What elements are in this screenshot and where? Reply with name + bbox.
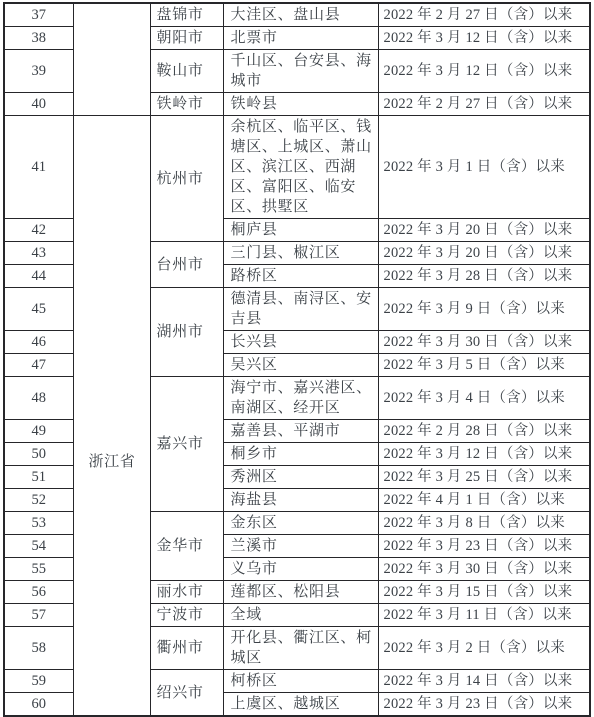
date-cell: 2022 年 3 月 23 日（含）以来 [378,535,590,558]
date-cell: 2022 年 3 月 9 日（含）以来 [378,288,590,331]
date-cell: 2022 年 3 月 12 日（含）以来 [378,50,590,93]
date-cell: 2022 年 2 月 27 日（含）以来 [378,93,590,116]
date-cell: 2022 年 3 月 30 日（含）以来 [378,331,590,354]
city-cell: 朝阳市 [150,27,223,50]
region-date-table: 37盘锦市大洼区、盘山县2022 年 2 月 27 日（含）以来38朝阳市北票市… [3,2,591,683]
city-cell: 衢州市 [150,627,223,670]
region-table-body: 37盘锦市大洼区、盘山县2022 年 2 月 27 日（含）以来38朝阳市北票市… [4,3,590,683]
table-row: 41浙江省杭州市余杭区、临平区、钱塘区、上城区、萧山区、滨江区、西湖区、富阳区、… [4,116,590,219]
districts-cell: 海宁市、嘉兴港区、南湖区、经开区 [223,377,378,420]
row-number-cell: 44 [4,265,73,288]
row-number-cell: 45 [4,288,73,331]
districts-cell: 莲都区、松阳县 [223,581,378,604]
city-cell: 绍兴市 [150,670,223,684]
date-cell: 2022 年 3 月 11 日（含）以来 [378,604,590,627]
date-cell: 2022 年 3 月 4 日（含）以来 [378,377,590,420]
date-cell: 2022 年 3 月 20 日（含）以来 [378,219,590,242]
districts-cell: 兰溪市 [223,535,378,558]
table-row: 37盘锦市大洼区、盘山县2022 年 2 月 27 日（含）以来 [4,3,590,27]
city-cell: 铁岭市 [150,93,223,116]
city-cell: 鞍山市 [150,50,223,93]
scanned-document-page: 37盘锦市大洼区、盘山县2022 年 2 月 27 日（含）以来38朝阳市北票市… [3,2,591,683]
row-number-cell: 53 [4,512,73,535]
districts-cell: 秀洲区 [223,466,378,489]
city-cell: 金华市 [150,512,223,581]
date-cell: 2022 年 3 月 12 日（含）以来 [378,27,590,50]
row-number-cell: 56 [4,581,73,604]
districts-cell: 开化县、衢江区、柯城区 [223,627,378,670]
row-number-cell: 54 [4,535,73,558]
date-cell: 2022 年 3 月 20 日（含）以来 [378,242,590,265]
row-number-cell: 39 [4,50,73,93]
row-number-cell: 46 [4,331,73,354]
districts-cell: 桐庐县 [223,219,378,242]
districts-cell: 海盐县 [223,489,378,512]
row-number-cell: 41 [4,116,73,219]
row-number-cell: 48 [4,377,73,420]
row-number-cell: 50 [4,443,73,466]
date-cell: 2022 年 3 月 8 日（含）以来 [378,512,590,535]
date-cell: 2022 年 3 月 2 日（含）以来 [378,627,590,670]
city-cell: 湖州市 [150,288,223,377]
city-cell: 台州市 [150,242,223,288]
city-cell: 杭州市 [150,116,223,242]
row-number-cell: 47 [4,354,73,377]
row-number-cell: 57 [4,604,73,627]
date-cell: 2022 年 4 月 1 日（含）以来 [378,489,590,512]
date-cell: 2022 年 3 月 15 日（含）以来 [378,581,590,604]
districts-cell: 千山区、台安县、海城市 [223,50,378,93]
row-number-cell: 49 [4,420,73,443]
districts-cell: 铁岭县 [223,93,378,116]
date-cell: 2022 年 3 月 12 日（含）以来 [378,443,590,466]
row-number-cell: 38 [4,27,73,50]
districts-cell: 余杭区、临平区、钱塘区、上城区、萧山区、滨江区、西湖区、富阳区、临安区、拱墅区 [223,116,378,219]
row-number-cell: 51 [4,466,73,489]
province-cell: 浙江省 [73,116,150,684]
city-cell: 盘锦市 [150,3,223,27]
districts-cell: 金东区 [223,512,378,535]
row-number-cell: 42 [4,219,73,242]
districts-cell: 全域 [223,604,378,627]
districts-cell: 吴兴区 [223,354,378,377]
districts-cell: 桐乡市 [223,443,378,466]
districts-cell: 路桥区 [223,265,378,288]
districts-cell: 大洼区、盘山县 [223,3,378,27]
date-cell: 2022 年 2 月 27 日（含）以来 [378,3,590,27]
date-cell: 2022 年 2 月 28 日（含）以来 [378,420,590,443]
province-cell [73,3,150,116]
date-cell: 2022 年 3 月 1 日（含）以来 [378,116,590,219]
city-cell: 嘉兴市 [150,377,223,512]
city-cell: 丽水市 [150,581,223,604]
date-cell: 2022 年 3 月 5 日（含）以来 [378,354,590,377]
date-cell: 2022 年 3 月 28 日（含）以来 [378,265,590,288]
districts-cell: 德清县、南浔区、安吉县 [223,288,378,331]
row-number-cell: 59 [4,670,73,684]
districts-cell: 柯桥区 [223,670,378,684]
row-number-cell: 40 [4,93,73,116]
row-number-cell: 55 [4,558,73,581]
districts-cell: 长兴县 [223,331,378,354]
districts-cell: 北票市 [223,27,378,50]
districts-cell: 三门县、椒江区 [223,242,378,265]
row-number-cell: 58 [4,627,73,670]
row-number-cell: 37 [4,3,73,27]
row-number-cell: 52 [4,489,73,512]
districts-cell: 义乌市 [223,558,378,581]
row-number-cell: 43 [4,242,73,265]
date-cell: 2022 年 3 月 25 日（含）以来 [378,466,590,489]
city-cell: 宁波市 [150,604,223,627]
date-cell: 2022 年 3 月 30 日（含）以来 [378,558,590,581]
districts-cell: 嘉善县、平湖市 [223,420,378,443]
date-cell: 2022 年 3 月 14 日（含）以来 [378,670,590,684]
